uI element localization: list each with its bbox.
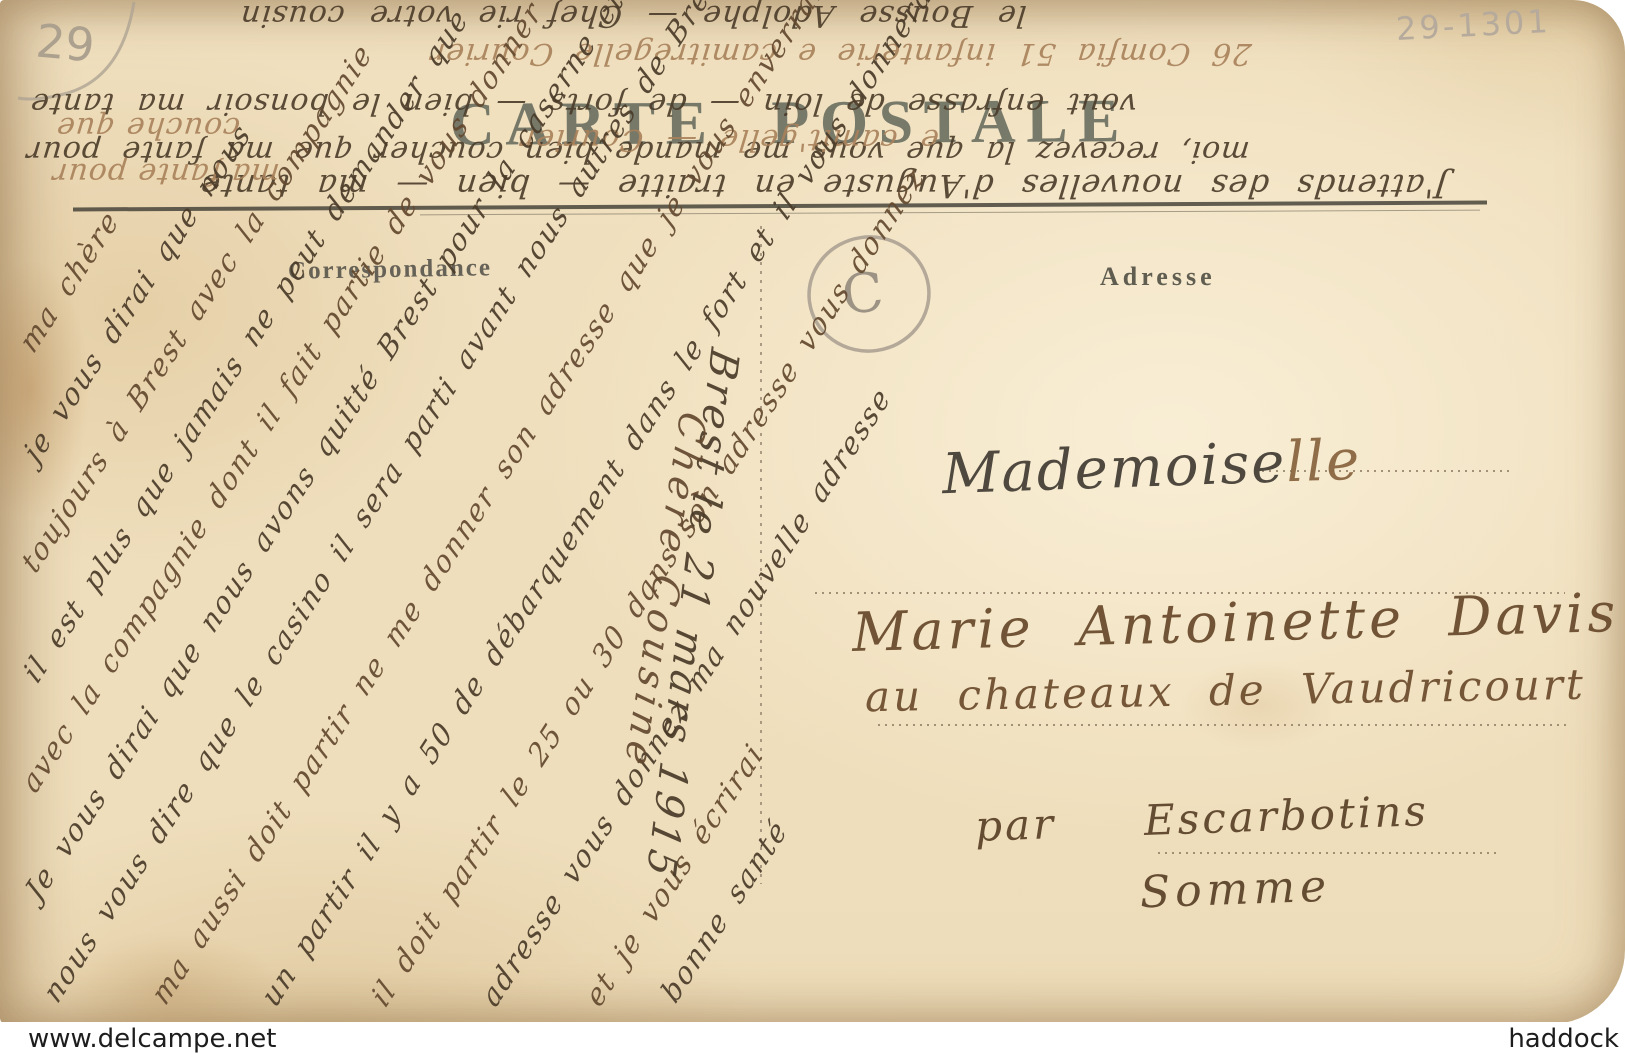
address-town-name: Escarbotins bbox=[1143, 786, 1429, 845]
watermark-strip: www.delcampe.net haddock bbox=[0, 1022, 1625, 1054]
address-label: Adresse bbox=[1100, 262, 1216, 292]
address-rule-3 bbox=[878, 724, 1566, 726]
address-rule-4 bbox=[1158, 852, 1498, 854]
pencil-number-top-right: 29-1301 bbox=[1395, 2, 1551, 48]
watermark-right: haddock bbox=[1508, 1024, 1619, 1054]
inverted-message-line: couche que bbox=[54, 112, 241, 142]
address-line-department: Somme bbox=[1139, 865, 1332, 916]
address-line-chateau: au chateaux de Vaudricourt bbox=[865, 664, 1586, 719]
address-recipient-dark: Mademoise bbox=[941, 430, 1287, 507]
watermark-left: www.delcampe.net bbox=[28, 1024, 276, 1054]
address-line-recipient: Mademoiselle bbox=[941, 433, 1362, 504]
inverted-message-line: ma fante pour bbox=[50, 158, 281, 188]
address-par: par bbox=[974, 799, 1057, 851]
address-recipient-light: lle bbox=[1285, 428, 1362, 496]
